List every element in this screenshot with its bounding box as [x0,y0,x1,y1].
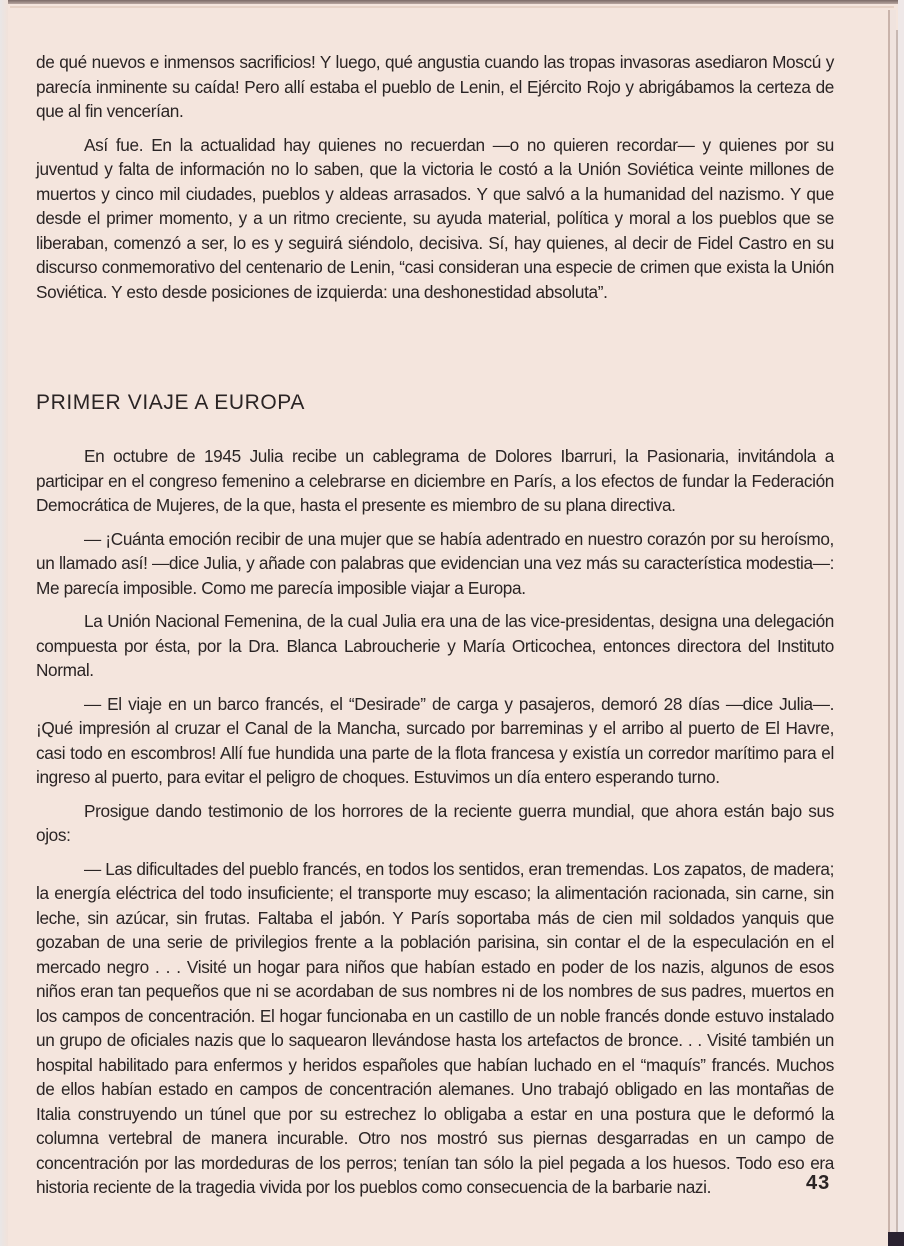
page-top-edge [0,0,904,4]
page-body: de qué nuevos e inmensos sacrificios! Y … [36,50,834,1200]
page-left-edge [0,0,8,1246]
paragraph-cuanta-emocion: — ¡Cuánta emoción recibir de una mujer q… [36,527,834,601]
paragraph-delegacion: La Unión Nacional Femenina, de la cual J… [36,609,834,683]
book-spine-edge [898,0,904,1246]
page-number: 43 [806,1172,830,1195]
paragraph-continuation: de qué nuevos e inmensos sacrificios! Y … [36,50,834,124]
paragraph-cablegrama: En octubre de 1945 Julia recibe un cable… [36,444,834,518]
page-top-edge-line [10,6,894,8]
book-cover-corner [888,1232,904,1246]
section-heading: PRIMER VIAJE A EUROPA [36,390,834,416]
paragraph-testimonio: Prosigue dando testimonio de los horrore… [36,799,834,848]
paragraph-asi-fue: Así fue. En la actualidad hay quienes no… [36,133,834,305]
book-page: de qué nuevos e inmensos sacrificios! Y … [0,0,904,1246]
paragraph-viaje-barco: — El viaje en un barco francés, el “Desi… [36,692,834,790]
paragraph-dificultades: — Las dificultades del pueblo francés, e… [36,857,834,1200]
